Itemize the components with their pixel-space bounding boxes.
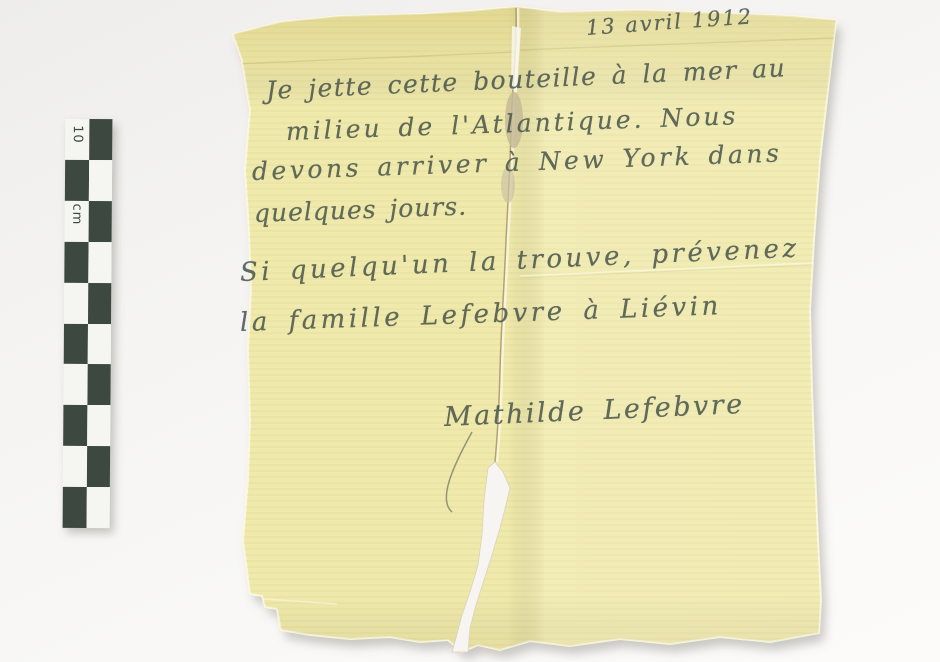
- ruler-cell: [64, 323, 88, 364]
- ruler-cell: [87, 364, 111, 405]
- artifact-photo: 10 cm 13 avril 1912 Je jette cette boute…: [0, 0, 940, 662]
- ruler-cell: [87, 324, 111, 365]
- ruler-cell: [63, 364, 87, 405]
- ruler-cell: [89, 119, 113, 160]
- ruler-cell: [86, 487, 110, 528]
- ruler-cell: [88, 242, 112, 283]
- ruler-top-label: 10: [70, 122, 85, 146]
- ruler-cell: [63, 446, 87, 487]
- scale-ruler: 10 cm: [63, 119, 113, 528]
- ruler-cell: [88, 283, 112, 324]
- ruler-cell: [86, 446, 110, 487]
- ruler-unit-label: cm: [69, 202, 84, 226]
- ruler-cell: [87, 405, 111, 446]
- ruler-cell: [65, 160, 89, 201]
- ruler-cell: [88, 201, 112, 242]
- ruler-cell: [64, 282, 88, 323]
- ruler-cell: [88, 160, 112, 201]
- letter-paper-graphic: [0, 0, 940, 662]
- ruler-cell: [63, 487, 87, 528]
- ruler-cell: [64, 242, 88, 283]
- paper-shading-horizontal: [0, 0, 940, 662]
- ruler-cell: [63, 405, 87, 446]
